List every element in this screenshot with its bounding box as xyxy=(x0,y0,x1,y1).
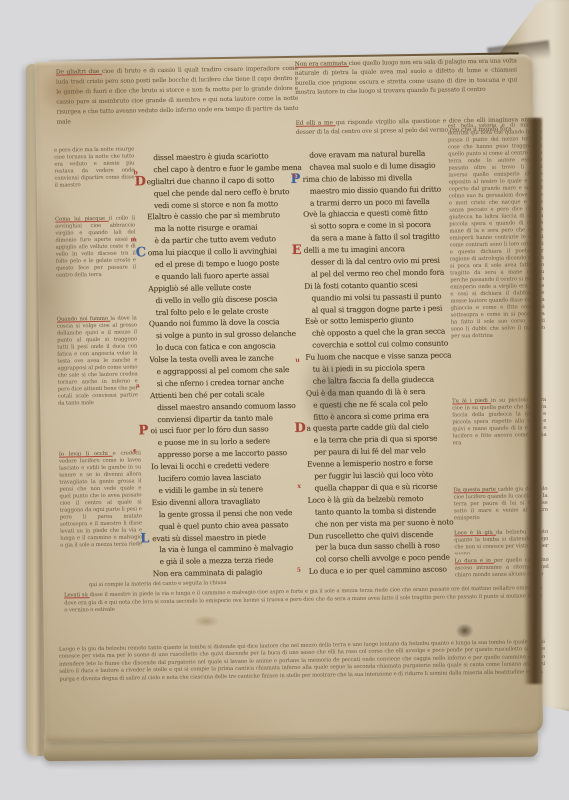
verse-line: Non era camminata di palagio xyxy=(153,566,305,580)
margin-letter-S: S xyxy=(292,174,296,180)
gloss-lemma: Ed elli a me xyxy=(296,120,336,127)
gloss-left-c: Quando noi fummo la dove la coscia si vo… xyxy=(57,315,139,436)
verse-column-right: dove eravam ma natural burellachavea mal… xyxy=(302,147,461,579)
gloss-lemma: Coma lui piacque xyxy=(55,216,109,223)
gloss-top-left: ¶De glialtri due cioe di bruto e di cass… xyxy=(56,64,299,148)
gloss-lemma: Io levai li occhi xyxy=(59,451,113,458)
gloss-top-right-1: GNon era caminata cioe quello luogo non … xyxy=(295,57,518,114)
gloss-lemma: Quando noi fummo xyxy=(57,316,111,323)
margin-letter-m: m xyxy=(130,237,136,243)
manuscript-page: ¶De glialtri due cioe di bruto e di cass… xyxy=(35,54,544,742)
illuminated-initial: D xyxy=(294,422,305,435)
gloss-bottom-block: Luogo e la giu da belzebu remoto tanto q… xyxy=(59,639,546,707)
margin-letter-x: x xyxy=(297,484,301,490)
verse-line: Lo duca e io per quel cammino ascoso xyxy=(309,563,461,577)
margin-letter-¶: ¶ xyxy=(133,449,137,455)
verse-column-left: dissel maestro è giuda scariottochel cap… xyxy=(146,150,305,582)
margin-letter-5: 5 xyxy=(297,568,301,574)
gloss-lemma: Levati sù xyxy=(64,592,90,598)
illuminated-initial: E xyxy=(292,244,302,257)
gloss-bottom-lemma-block: ¶Levati sù disse il maestro in piede la … xyxy=(64,585,542,618)
illuminated-initial: P xyxy=(138,425,148,438)
margin-letter-a: a xyxy=(136,383,140,389)
gloss-left-a: e pero dice ma la notte risurge cioe tor… xyxy=(54,146,135,207)
gloss-lemma: De glialtri due xyxy=(56,69,102,76)
margin-letter-b: b xyxy=(133,170,137,176)
gloss-lemma: Loco è là giù xyxy=(454,530,496,537)
small-dark-spot xyxy=(456,623,474,638)
gloss-lemma: Non era caminata xyxy=(295,61,349,68)
gloss-left-b: Coma lui piacque il collo li avvinghiai … xyxy=(55,215,136,310)
photograph-of-manuscript: ¶De glialtri due cioe di bruto e di cass… xyxy=(0,0,569,800)
margin-letter-u: u xyxy=(295,358,299,364)
gloss-left-d: ¶Io levai li occhi e credetti vedere luc… xyxy=(59,450,143,585)
illuminated-initial: L xyxy=(140,532,149,545)
illuminated-initial: C xyxy=(136,246,146,259)
foxing-spot xyxy=(193,615,219,627)
illuminated-initial: D xyxy=(134,175,145,188)
binding-gutter-shadow xyxy=(524,118,542,684)
gloss-lemma: Da questa parte xyxy=(453,487,497,494)
